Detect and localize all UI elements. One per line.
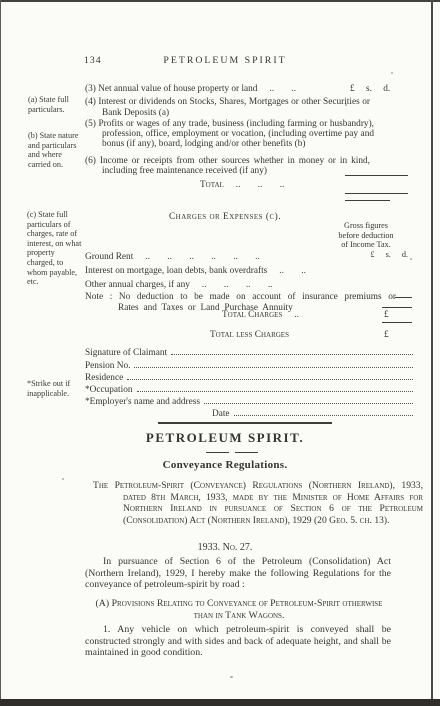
total-row: Total .. .. .. [200, 180, 284, 191]
charge-row-ground-rent: Ground Rent .. .. .. .. .. .. [85, 252, 350, 263]
gross-note-line: of Income Tax. [318, 240, 414, 250]
total-charges-row: Total Charges .. [222, 310, 299, 321]
total-less-charges-label: Total less Charges [210, 330, 289, 341]
amount-rule [382, 307, 412, 308]
total-charges-label: Total Charges [222, 310, 282, 321]
section-separator-rule [158, 422, 332, 424]
amount-rule [382, 322, 412, 323]
charge-row-text: Other annual charges, if any [85, 280, 190, 291]
page-content: 134 PETROLEUM SPIRIT (a) State full part… [0, 0, 440, 706]
charge-row-text: Ground Rent [85, 252, 133, 263]
total-label: Total [200, 180, 224, 191]
dot-leaders: .. .. .. .. .. .. [133, 252, 260, 263]
signature-row: Signature of Claimant [85, 346, 415, 359]
occupation-row: *Occupation [85, 383, 415, 396]
dot-leaders: .. .. [257, 84, 296, 95]
instrument-number: 1933. No. 27. [85, 543, 365, 554]
title-ornament-rule [206, 452, 229, 453]
scan-speck [345, 104, 347, 106]
dot-leaders: .. [282, 310, 299, 321]
pension-no-row: Pension No. [85, 359, 415, 372]
write-in-line [137, 383, 413, 392]
charge-row-other: Other annual charges, if any .. .. .. .. [85, 280, 350, 291]
sum-rule [345, 200, 390, 201]
dot-leaders: .. .. [267, 266, 306, 277]
gross-note-line: before deduction [318, 231, 414, 241]
margin-note-a: (a) State full particulars. [28, 95, 85, 114]
scan-speck [391, 72, 393, 74]
document-subtitle: Conveyance Regulations. [85, 459, 365, 471]
money-column-header: £ s. d. [350, 84, 390, 95]
date-label: Date [212, 409, 230, 420]
charge-row-mortgage: Interest on mortgage, loan debts, bank o… [85, 266, 350, 277]
running-header: PETROLEUM SPIRIT [85, 55, 365, 66]
date-row: Date [212, 407, 415, 420]
sum-rule [345, 175, 408, 176]
write-in-line [234, 407, 413, 416]
income-item-3-text: (3) Net annual value of house property o… [85, 84, 257, 95]
regulation-1-paragraph: 1. Any vehicle on which petroleum-spirit… [85, 624, 391, 659]
margin-note-strike-out: *Strike out if inapplicable. [27, 379, 84, 398]
pension-no-label: Pension No. [85, 361, 130, 372]
currency-symbol: £ [384, 330, 389, 341]
title-ornament-rule [235, 452, 258, 453]
write-in-line [204, 395, 413, 404]
section-a-heading: (A) Provisions Relating to Conveyance of… [95, 598, 383, 621]
write-in-line [134, 359, 413, 368]
scan-border-right [431, 0, 433, 700]
employer-label: *Employer's name and address [85, 397, 200, 408]
currency-symbol: £ [384, 310, 389, 321]
scan-border-left [0, 0, 1, 706]
scan-border-bottom [0, 699, 440, 706]
signature-label: Signature of Claimant [85, 348, 167, 359]
margin-note-b: (b) State nature and particulars and whe… [28, 131, 85, 169]
scan-speck [230, 676, 233, 678]
margin-note-c: (c) State full particulars of charges, r… [27, 210, 84, 287]
preamble-paragraph: In pursuance of Section 6 of the Petrole… [85, 556, 391, 591]
residence-row: Residence [85, 371, 415, 384]
scanned-document-page: 134 PETROLEUM SPIRIT (a) State full part… [0, 0, 440, 706]
occupation-label: *Occupation [85, 385, 133, 396]
citation-paragraph: The Petroleum-Spirit (Conveyance) Regula… [93, 480, 423, 526]
gross-note-line: Gross figures [318, 221, 414, 231]
sum-rule [345, 193, 408, 194]
scan-speck [62, 478, 64, 480]
write-in-line [171, 346, 413, 355]
charge-row-text: Interest on mortgage, loan debts, bank o… [85, 266, 267, 277]
income-item-3: (3) Net annual value of house property o… [85, 84, 350, 95]
dot-leaders: .. .. .. .. [190, 280, 273, 291]
employer-row: *Employer's name and address [85, 395, 415, 408]
residence-label: Residence [85, 373, 123, 384]
income-item-6: (6) Income or receipts from other source… [85, 156, 370, 176]
document-title: PETROLEUM SPIRIT. [85, 430, 365, 446]
amount-rule [395, 297, 412, 298]
income-item-4: (4) Interest or dividends on Stocks, Sha… [85, 97, 370, 118]
dot-leaders: .. .. .. [224, 180, 285, 191]
scan-border-top [0, 0, 440, 2]
scan-speck [410, 258, 412, 260]
income-item-5: (5) Profits or wages of any trade, busin… [85, 119, 374, 149]
write-in-line [127, 371, 413, 380]
